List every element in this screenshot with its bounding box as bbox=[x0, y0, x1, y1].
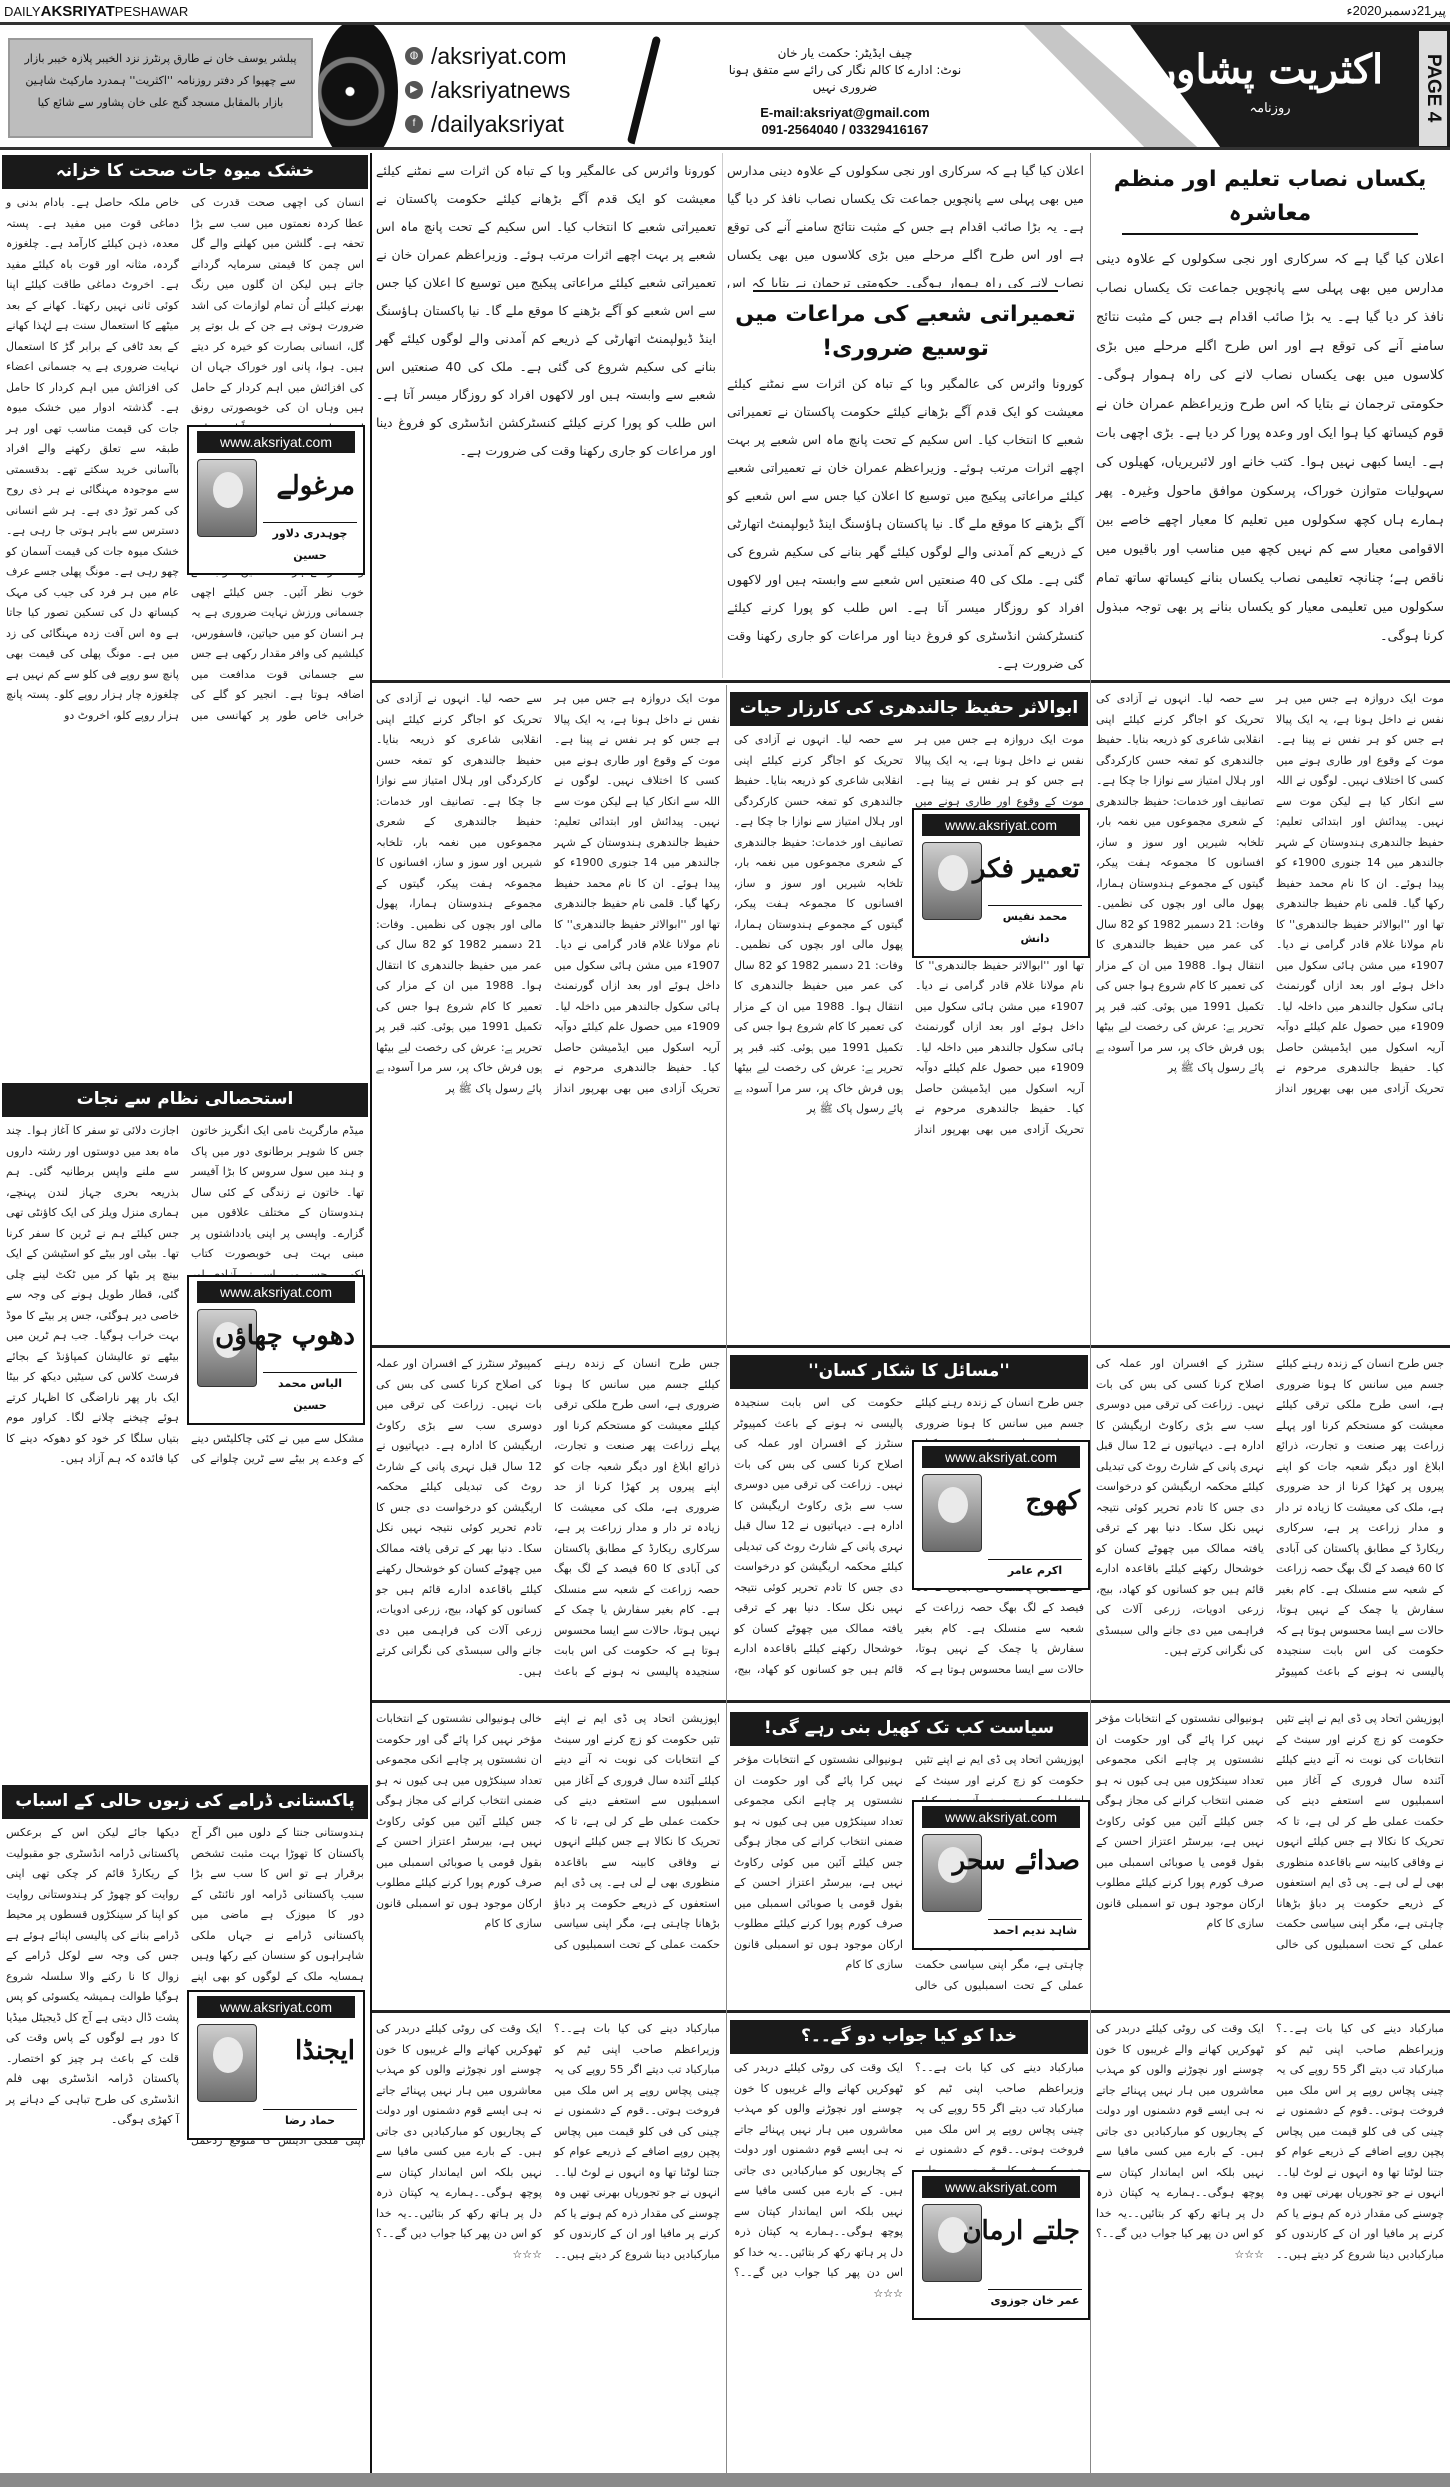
column-name: تعمیر فکر bbox=[973, 854, 1080, 884]
editorial-continued-body: اعلان کیا گیا ہے کہ سرکاری اور نجی سکولو… bbox=[723, 153, 1088, 288]
column-body: میڈم مارگریٹ نامی ایک انگریز خاتون جس کا… bbox=[2, 1117, 368, 1772]
column-name: مرغولے bbox=[277, 471, 355, 501]
social-link-youtube[interactable]: ▶/aksriyatnews bbox=[405, 73, 570, 107]
column-body: انسان کی اچھی صحت قدرت کی عطا کردہ نعمتو… bbox=[2, 189, 368, 1069]
editorial2-continued: کورونا وائرس کی عالمگیر وبا کے تباہ کن ا… bbox=[372, 153, 720, 678]
column-body: اپوزیشن اتحاد پی ڈی ایم نے اپنے تئیں حکو… bbox=[372, 1705, 724, 2000]
columnist-box: www.aksriyat.com صدائے سحر شاہد ندیم احم… bbox=[912, 1800, 1090, 1950]
column-body: جس طرح انسان کے زندہ رہنے کیلئے جسم میں … bbox=[372, 1350, 724, 1690]
youtube-icon: ▶ bbox=[405, 81, 423, 99]
author-photo bbox=[922, 1474, 982, 1552]
newspaper-logo: اکثریت پشاورروزنامہ bbox=[1150, 40, 1390, 118]
column-hafeez-jalandhari-left: موت ایک دروازہ ہے جس میں ہر نفس نے داخل … bbox=[372, 685, 724, 1340]
column-hafeez-jalandhari: ابوالاثر حفیظ جالندھری کی کارزار حیات مو… bbox=[730, 692, 1088, 1337]
divider bbox=[753, 290, 1058, 292]
columnist-box: www.aksriyat.com ایجنڈا حماد رضا bbox=[187, 1990, 365, 2140]
author-name: اکرم عامر bbox=[988, 1559, 1082, 1582]
newspaper-name: DAILYAKSRIYATPESHAWAR bbox=[4, 3, 188, 20]
editorial-article: یکساں نصاب تعلیم اور منظم معاشرہ اعلان ک… bbox=[1092, 153, 1448, 678]
divider bbox=[1122, 233, 1418, 235]
editorial2-title: تعمیراتی شعبے کی مراعات میں توسیع ضروری! bbox=[723, 298, 1088, 366]
disclaimer-note: نوٹ: ادارے کا کالم نگار کی رائے سے متفق … bbox=[720, 62, 970, 96]
facebook-icon: f bbox=[405, 115, 423, 133]
publisher-note: پبلشر یوسف خان نے طارق پرنٹرز نزد الخیبر… bbox=[8, 38, 313, 138]
column-khuda-ko-jawab-left: مبارکباد دینے کی کیا بات ہے۔۔؟ وزیراعظم … bbox=[372, 2015, 724, 2470]
column-name: کھوج bbox=[1025, 1486, 1080, 1516]
column-body: مبارکباد دینے کی کیا بات ہے۔۔؟ وزیراعظم … bbox=[372, 2015, 724, 2465]
column-name: صدائے سحر bbox=[953, 1846, 1080, 1876]
website-url[interactable]: www.aksriyat.com bbox=[922, 1446, 1080, 1468]
column-body: جس طرح انسان کے زندہ رہنے کیلئے جسم میں … bbox=[1092, 1350, 1448, 1690]
columnist-box: www.aksriyat.com دھوپ چھاؤں الیاس محمد ح… bbox=[187, 1275, 365, 1425]
pen-icon bbox=[627, 36, 661, 145]
section-divider bbox=[372, 2010, 1450, 2013]
column-hafeez-jalandhari-right: موت ایک دروازہ ہے جس میں ہر نفس نے داخل … bbox=[1092, 685, 1448, 1340]
section-divider bbox=[372, 1700, 1450, 1703]
masthead: پبلشر یوسف خان نے طارق پرنٹرز نزد الخیبر… bbox=[0, 22, 1450, 150]
column-siyasat-left: اپوزیشن اتحاد پی ڈی ایم نے اپنے تئیں حکو… bbox=[372, 1705, 724, 2005]
editor-info: چیف ایڈیٹر: حکمت یار خان نوٹ: ادارے کا ک… bbox=[720, 45, 970, 138]
issue-date: پیر21دسمبر2020ء bbox=[1346, 3, 1446, 19]
column-body: مبارکباد دینے کی کیا بات ہے۔۔؟ وزیراعظم … bbox=[1092, 2015, 1448, 2465]
column-khushk-mewa: خشک میوہ جات صحت کا خزانہ انسان کی اچھی … bbox=[2, 155, 368, 1075]
top-bar: DAILYAKSRIYATPESHAWAR پیر21دسمبر2020ء bbox=[0, 0, 1450, 22]
column-khuda-ko-jawab-right: مبارکباد دینے کی کیا بات ہے۔۔؟ وزیراعظم … bbox=[1092, 2015, 1448, 2470]
social-links: ◍/aksriyat.com ▶/aksriyatnews f/dailyaks… bbox=[405, 39, 570, 141]
author-name: حماد رضا bbox=[263, 2109, 357, 2132]
author-name: شاہد ندیم احمد bbox=[988, 1919, 1082, 1942]
columnist-box: www.aksriyat.com جلتے ارمان عمر خان جوزو… bbox=[912, 2170, 1090, 2320]
social-link-website[interactable]: ◍/aksriyat.com bbox=[405, 39, 570, 73]
social-link-facebook[interactable]: f/dailyaksriyat bbox=[405, 107, 570, 141]
website-url[interactable]: www.aksriyat.com bbox=[922, 1806, 1080, 1828]
author-photo bbox=[197, 2024, 257, 2102]
column-body: ہندوستانی جنتا کے دلوں میں اگر آج پاکستا… bbox=[2, 1819, 368, 2469]
author-name: عمر خان جوزوی bbox=[988, 2289, 1082, 2312]
column-title: خشک میوہ جات صحت کا خزانہ bbox=[2, 155, 368, 189]
website-url[interactable]: www.aksriyat.com bbox=[197, 1996, 355, 2018]
chief-editor: چیف ایڈیٹر: حکمت یار خان bbox=[720, 45, 970, 62]
disc-decoration bbox=[318, 22, 398, 150]
column-siyasat-right: اپوزیشن اتحاد پی ڈی ایم نے اپنے تئیں حکو… bbox=[1092, 1705, 1448, 2005]
editorial-continued: اعلان کیا گیا ہے کہ سرکاری اور نجی سکولو… bbox=[722, 153, 1088, 678]
column-body: موت ایک دروازہ ہے جس میں ہر نفس نے داخل … bbox=[1092, 685, 1448, 1335]
section-divider bbox=[372, 1345, 1450, 1348]
column-body: موت ایک دروازہ ہے جس میں ہر نفس نے داخل … bbox=[372, 685, 724, 1335]
column-name: دھوپ چھاؤں bbox=[215, 1321, 355, 1351]
globe-icon: ◍ bbox=[405, 47, 423, 65]
editorial2-body-b: کورونا وائرس کی عالمگیر وبا کے تباہ کن ا… bbox=[372, 153, 720, 469]
column-title: سیاست کب تک کھیل بنی رہے گی! bbox=[730, 1712, 1088, 1746]
column-title: ''مسائل کا شکار کسان'' bbox=[730, 1355, 1088, 1389]
author-photo bbox=[197, 459, 257, 537]
contact-phone: 091-2564040 / 03329416167 bbox=[720, 121, 970, 138]
website-url[interactable]: www.aksriyat.com bbox=[197, 431, 355, 453]
column-istehsali-nizam: استحصالی نظام سے نجات میڈم مارگریٹ نامی … bbox=[2, 1083, 368, 1778]
editorial-body: اعلان کیا گیا ہے کہ سرکاری اور نجی سکولو… bbox=[1092, 241, 1448, 655]
page-number-label: PAGE 4 bbox=[1419, 31, 1447, 146]
section-divider bbox=[372, 680, 1450, 683]
column-rule-mid bbox=[726, 685, 727, 2473]
author-name: محمد نفیس دانش bbox=[988, 905, 1082, 950]
column-title: پاکستانی ڈرامے کی زبوں حالی کے اسباب bbox=[2, 1785, 368, 1819]
column-name: ایجنڈا bbox=[295, 2036, 355, 2066]
footer-bar bbox=[0, 2473, 1450, 2487]
column-masail-kisan-left: جس طرح انسان کے زندہ رہنے کیلئے جسم میں … bbox=[372, 1350, 724, 1695]
website-url[interactable]: www.aksriyat.com bbox=[922, 2176, 1080, 2198]
column-title: خدا کو کیا جواب دو گے۔۔؟ bbox=[730, 2020, 1088, 2054]
author-name: چوہدری دلاور حسین bbox=[263, 522, 357, 567]
column-title: ابوالاثر حفیظ جالندھری کی کارزار حیات bbox=[730, 692, 1088, 726]
column-masail-kisan-right: جس طرح انسان کے زندہ رہنے کیلئے جسم میں … bbox=[1092, 1350, 1448, 1695]
column-body: اپوزیشن اتحاد پی ڈی ایم نے اپنے تئیں حکو… bbox=[1092, 1705, 1448, 2000]
website-url[interactable]: www.aksriyat.com bbox=[197, 1281, 355, 1303]
column-rule-right bbox=[1090, 153, 1091, 2473]
columnist-box: www.aksriyat.com مرغولے چوہدری دلاور حسی… bbox=[187, 425, 365, 575]
columnist-box: www.aksriyat.com تعمیر فکر محمد نفیس دان… bbox=[912, 808, 1090, 958]
column-title: استحصالی نظام سے نجات bbox=[2, 1083, 368, 1117]
contact-email[interactable]: E-mail:aksriyat@gmail.com bbox=[720, 104, 970, 121]
website-url[interactable]: www.aksriyat.com bbox=[922, 814, 1080, 836]
editorial-title: یکساں نصاب تعلیم اور منظم معاشرہ bbox=[1092, 163, 1448, 231]
columnist-box: www.aksriyat.com کھوج اکرم عامر bbox=[912, 1440, 1090, 1590]
editorial2-body-a: کورونا وائرس کی عالمگیر وبا کے تباہ کن ا… bbox=[723, 366, 1088, 678]
column-name: جلتے ارمان bbox=[962, 2216, 1080, 2246]
author-name: الیاس محمد حسین bbox=[263, 1372, 357, 1417]
